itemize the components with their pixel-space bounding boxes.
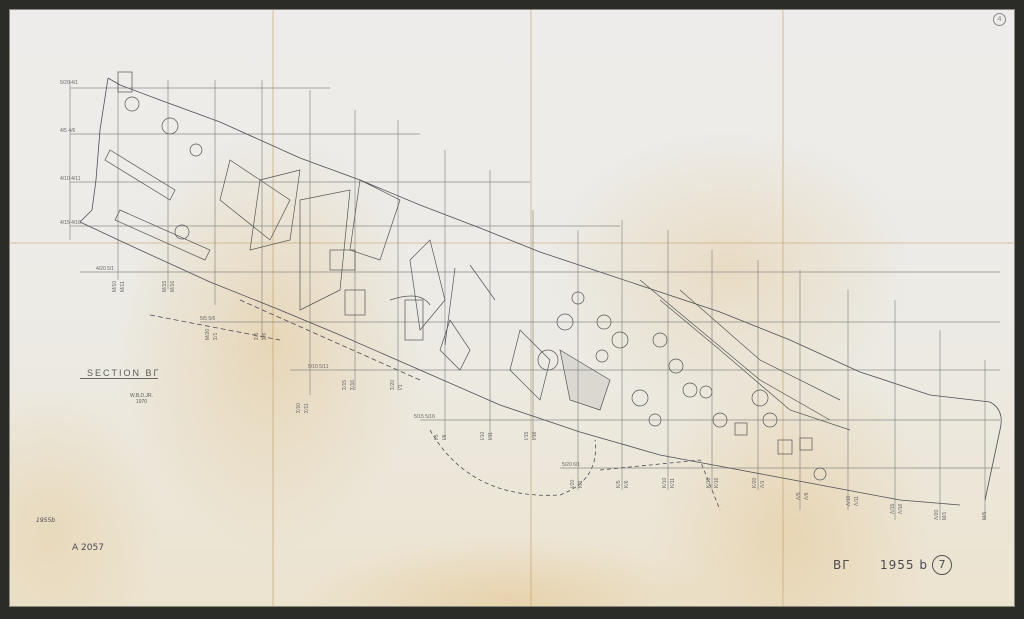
footer-year-ref: 1955 b [880, 558, 928, 572]
footer-section-ref: BΓ [833, 558, 850, 572]
grid-label: M/1 [942, 512, 948, 520]
grid-label: 4/5 4/6 [60, 128, 75, 134]
grid-label: 4/10 4/11 [60, 176, 80, 182]
grid-label: Σ/6 [262, 333, 268, 340]
grid-label: Λ/16 [898, 504, 904, 514]
grid-label: Σ/20 [390, 380, 396, 390]
survey-grid [70, 80, 1000, 520]
grid-label: Λ/15 [890, 504, 896, 514]
grid-label: 4/15 4/16 [60, 220, 81, 226]
grid-label: M/10 [112, 281, 118, 292]
grid-label: Σ/1 [213, 333, 219, 340]
grid-label: 5/20 4/1 [60, 80, 78, 86]
sheet-number-circle: 7 [932, 555, 952, 575]
grid-label: 5/20 6/1 [562, 462, 580, 468]
grid-label: Λ/11 [854, 496, 860, 506]
section-title: SECTION BΓ [87, 368, 160, 378]
grid-label: K/20 [752, 478, 758, 488]
grid-label: M/5 [982, 512, 988, 520]
grid-label: Ι/6 [442, 434, 448, 440]
grid-label: K/15 [706, 478, 712, 488]
accession-number: A 2057 [72, 543, 104, 553]
grid-label: M/11 [120, 281, 126, 292]
grid-label: M/20 [205, 329, 211, 340]
grid-label: Σ/5 [254, 333, 260, 340]
grid-label: Λ/1 [760, 480, 766, 488]
grid-label: Ι/5 [434, 434, 440, 440]
draftsman-credit: W.B.D.JR. 1970 [130, 393, 153, 405]
grid-label: K/5 [616, 480, 622, 488]
corner-number-circle: 4 [993, 13, 1006, 26]
grid-label: Ι/1 [398, 384, 404, 390]
title-underline [80, 378, 158, 379]
trench-outline [80, 78, 1001, 510]
grid-label: Λ/20 [934, 510, 940, 520]
grid-label: Σ/15 [342, 380, 348, 390]
wall-features [105, 72, 850, 480]
grid-label: Σ/10 [296, 403, 302, 413]
grid-label: K/6 [624, 480, 630, 488]
grid-label: Λ/6 [804, 492, 810, 500]
grid-label: 5/15 5/16 [414, 414, 435, 420]
grid-label: K/16 [714, 478, 720, 488]
draftsman-year: 1970 [130, 399, 153, 405]
grid-label: M/15 [162, 281, 168, 292]
grid-label: M/16 [170, 281, 176, 292]
grid-label: Ι/15 [524, 432, 530, 440]
grid-label: K/1 [578, 480, 584, 488]
grid-label: 5/10 5/11 [308, 364, 328, 370]
grid-label: Λ/5 [796, 492, 802, 500]
pencil-note: 1955b [36, 517, 55, 524]
grid-label: Λ/10 [846, 496, 852, 506]
grid-label: K/11 [670, 478, 676, 488]
grid-label: Ι/10 [480, 432, 486, 440]
grid-label: Σ/11 [304, 403, 310, 413]
grid-label: 4/20 5/1 [96, 266, 114, 272]
excavation-plan [0, 0, 1024, 619]
grid-label: 5/5 5/6 [200, 316, 215, 322]
grid-label: Ι/16 [532, 432, 538, 440]
grid-label: Σ/16 [350, 380, 356, 390]
grid-label: K/10 [662, 478, 668, 488]
grid-label: Ι/11 [488, 432, 494, 440]
grid-label: Ι/20 [570, 480, 576, 488]
